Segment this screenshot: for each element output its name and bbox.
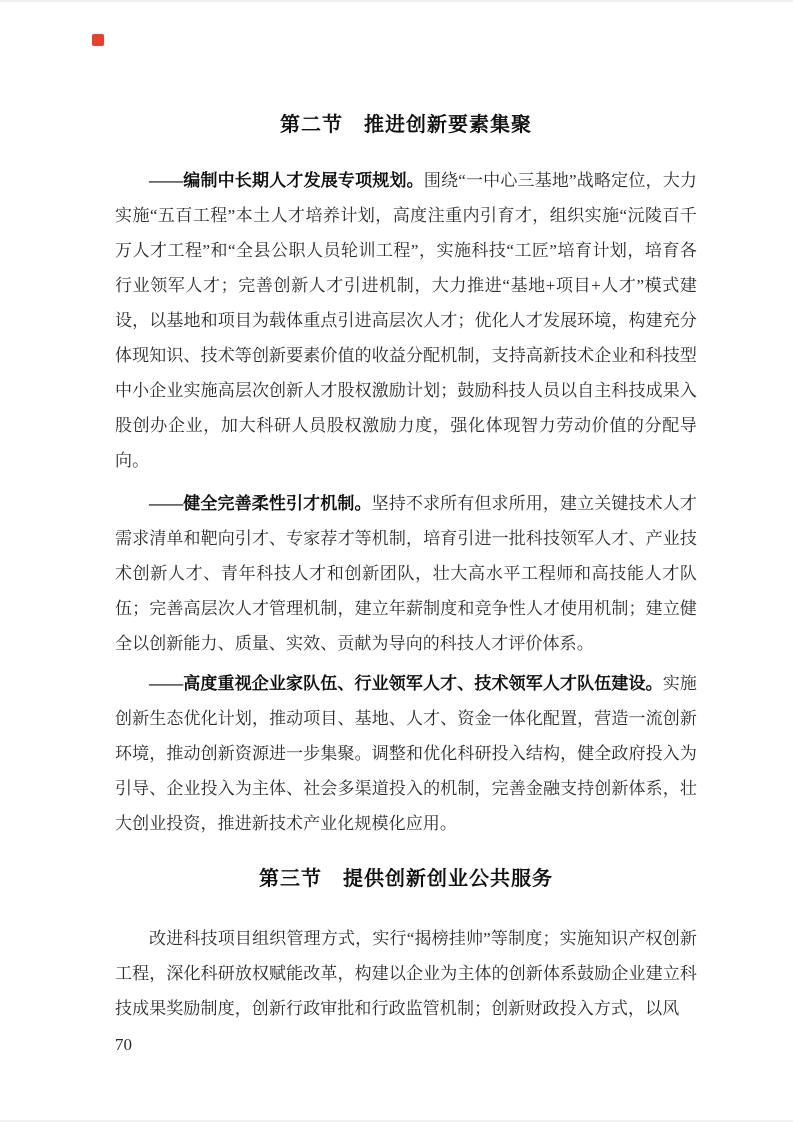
paragraph-body: 改进科技项目组织管理方式，实行“揭榜挂帅”等制度；实施知识产权创新工程，深化科研… [115,929,697,1018]
paragraph-body: 坚持不求所有但求所用，建立关键技术人才需求清单和靶向引才、专家荐才等机制，培育引… [115,494,697,653]
paragraph-lead: ——健全完善柔性引才机制。 [149,494,372,513]
page-content: 第二节 推进创新要素集聚 ——编制中长期人才发展专项规划。围绕“一中心三基地”战… [115,2,697,1057]
section-heading-2: 第二节 推进创新要素集聚 [115,114,697,137]
paragraph-lead: ——编制中长期人才发展专项规划。 [149,171,424,190]
paragraph-body: 围绕“一中心三基地”战略定位，大力实施“五百工程”本土人才培养计划，高度注重内引… [115,171,697,470]
document-page: 第二节 推进创新要素集聚 ——编制中长期人才发展专项规划。围绕“一中心三基地”战… [0,0,793,1122]
paragraph-body: 实施创新生态优化计划，推动项目、基地、人才、资金一体化配置，营造一流创新环境，推… [115,674,697,833]
paragraph-lead: ——高度重视企业家队伍、行业领军人才、技术领军人才队伍建设。 [149,674,663,693]
page-number: 70 [115,1033,697,1057]
red-marker-icon [92,34,104,46]
section-heading-3: 第三节 提供创新创业公共服务 [115,868,697,891]
paragraph: 改进科技项目组织管理方式，实行“揭榜挂帅”等制度；实施知识产权创新工程，深化科研… [115,921,697,1026]
paragraph: ——编制中长期人才发展专项规划。围绕“一中心三基地”战略定位，大力实施“五百工程… [115,163,697,478]
paragraph: ——高度重视企业家队伍、行业领军人才、技术领军人才队伍建设。实施创新生态优化计划… [115,666,697,841]
paragraph: ——健全完善柔性引才机制。坚持不求所有但求所用，建立关键技术人才需求清单和靶向引… [115,486,697,661]
